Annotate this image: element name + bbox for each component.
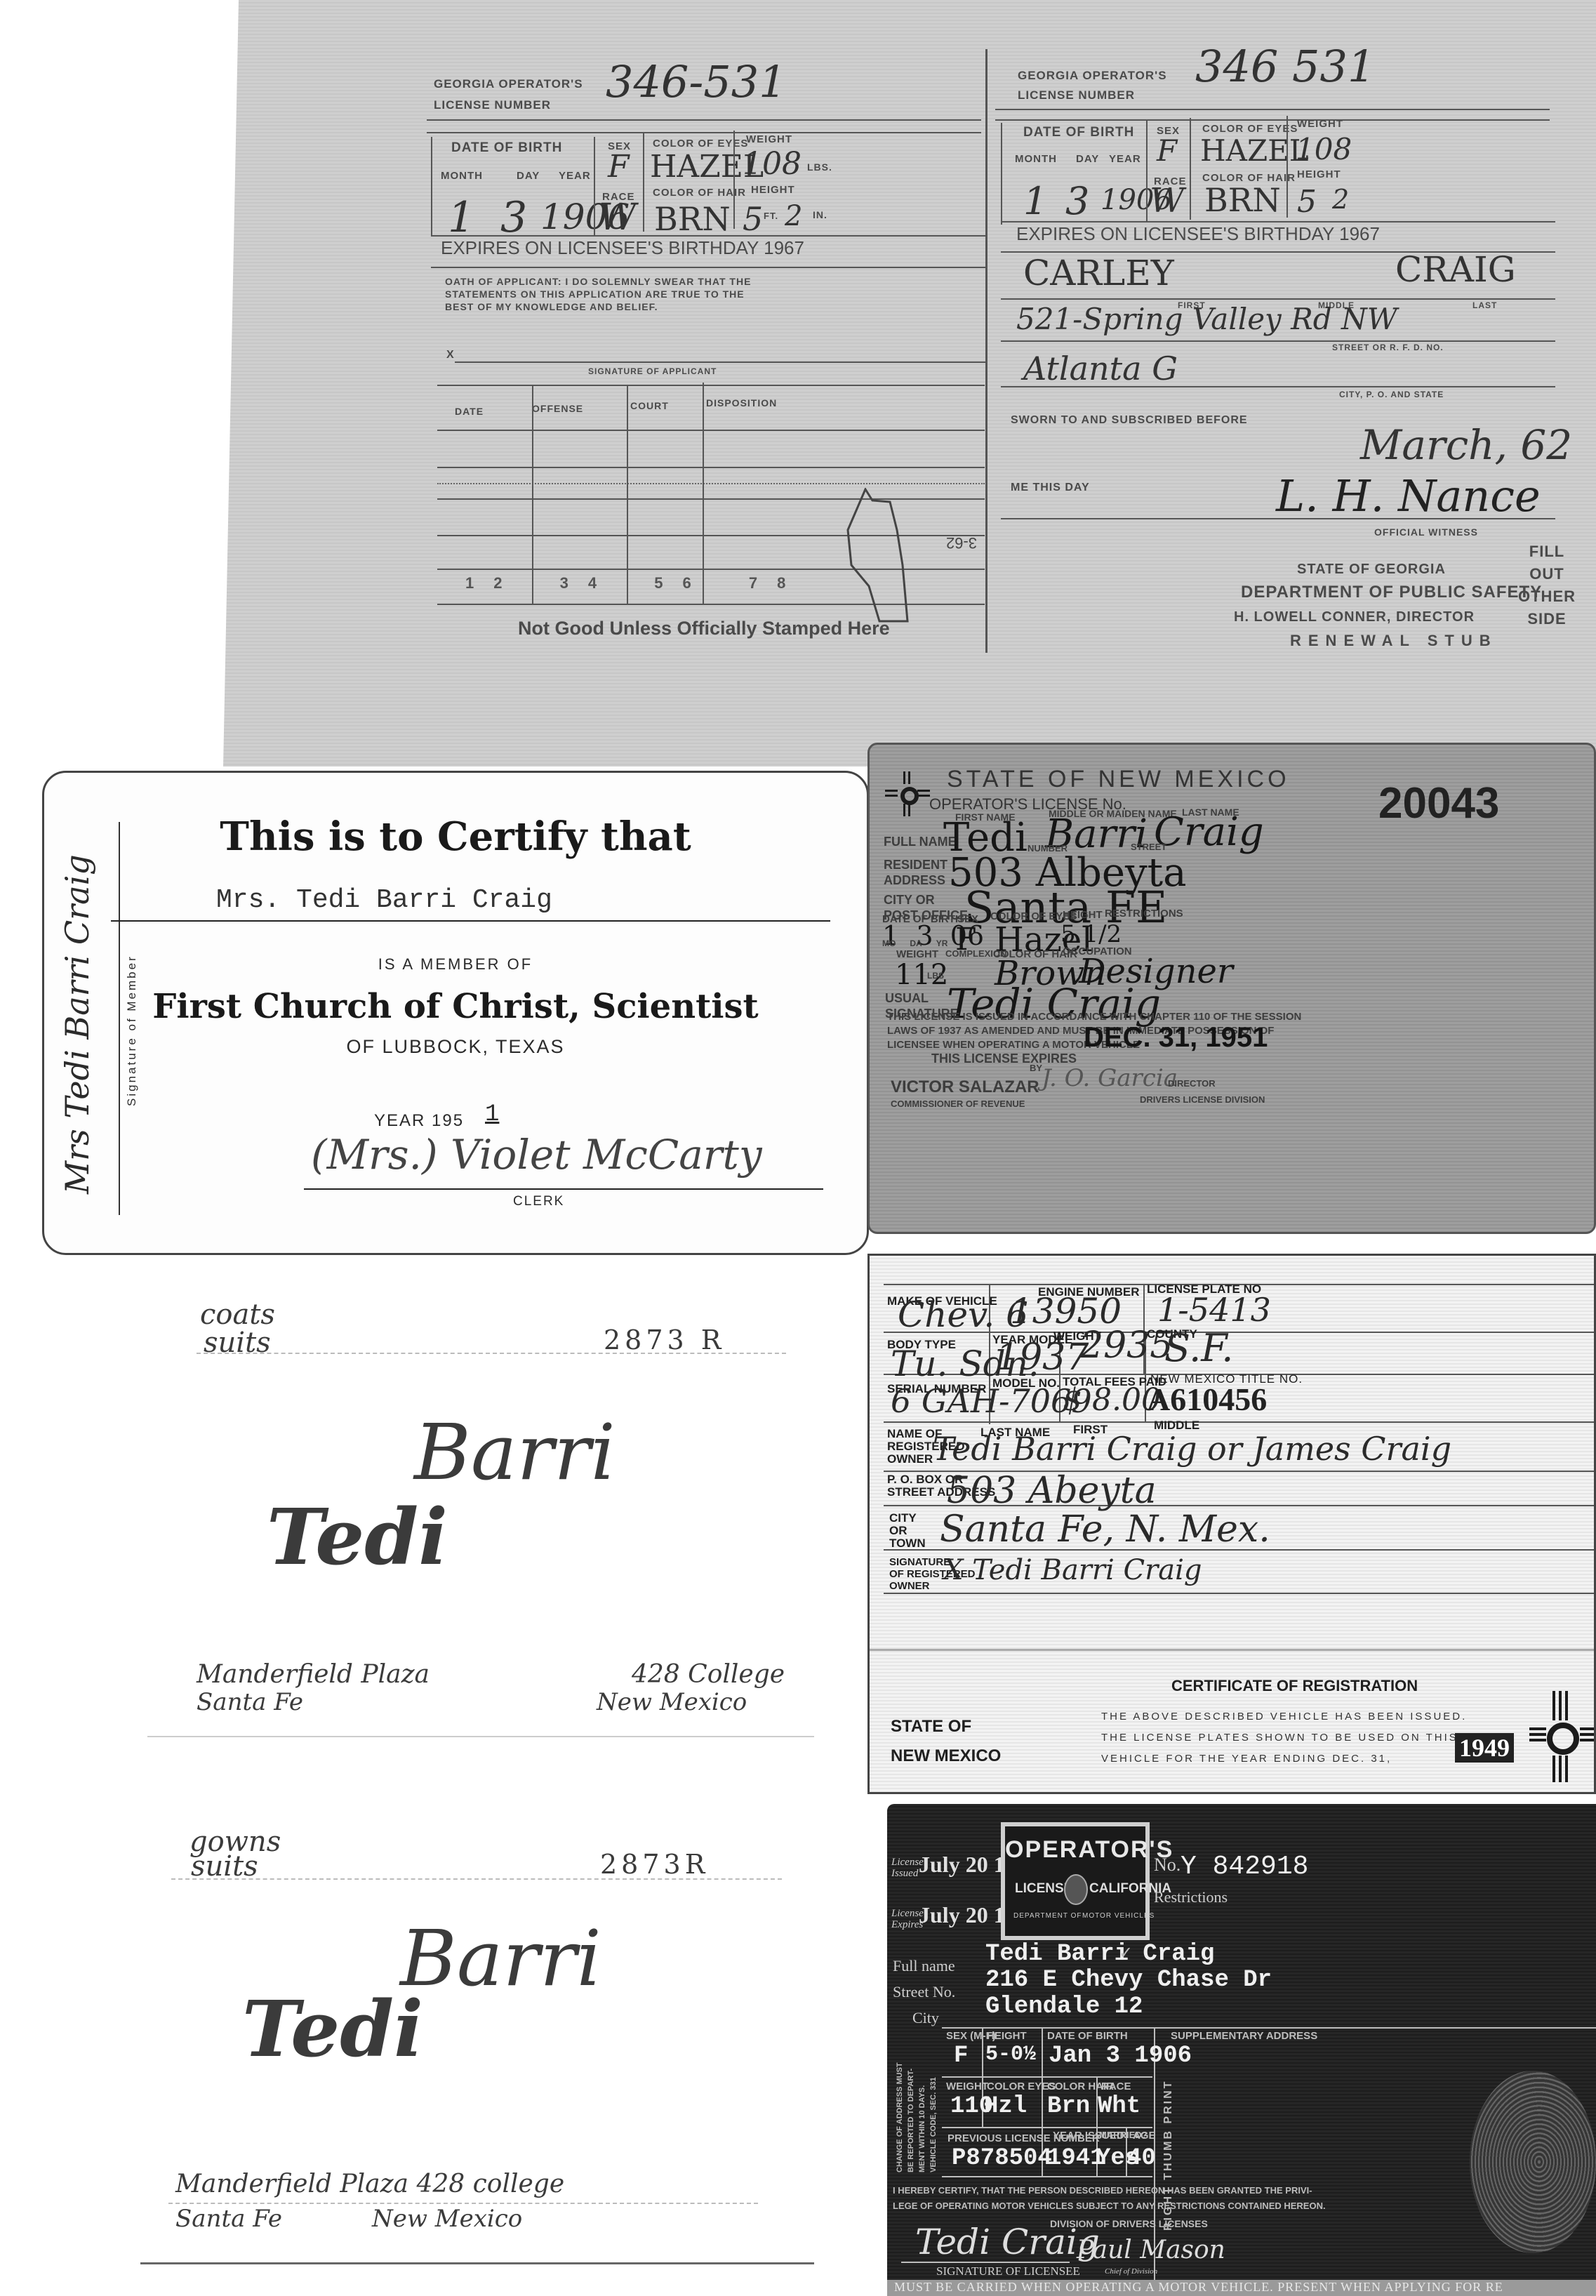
ga-height-ft: 5: [743, 200, 763, 238]
california-operators-license: License Issued July 20 1946 License Expi…: [887, 1804, 1596, 2296]
ga-stub-day: 3: [1065, 179, 1089, 223]
tag-address-right-1: 428 College: [632, 1660, 785, 1689]
ga-stub-header-1: Georgia Operator's: [1018, 69, 1167, 83]
church-clerk-signature: (Mrs.) Violet McCarty: [311, 1131, 762, 1179]
ca-race: Wht: [1098, 2093, 1141, 2120]
ca-dob: Jan 3 1906: [1049, 2043, 1192, 2069]
ga-stub-header-2: License Number: [1018, 88, 1135, 102]
ca-badge-title: OPERATOR'S: [1005, 1836, 1145, 1864]
church-clerk-label: CLERK: [513, 1194, 564, 1209]
reg-signature: X Tedi Barri Craig: [943, 1554, 1202, 1586]
ga-stub-street: 521-Spring Valley Rd NW: [1016, 302, 1397, 336]
ga-signature-x: X: [446, 349, 455, 361]
ga-height-in: 2: [785, 200, 802, 232]
nm-lbs: Lbs: [927, 971, 944, 981]
ca-city-label: City: [912, 2009, 939, 2027]
nm-expires-stamp: DEC. 31, 1951: [1084, 1022, 1268, 1054]
church-title: This is to Certify that: [44, 814, 867, 860]
ga-punch-numbers: 12 34 56 78: [465, 574, 805, 592]
ga-year-label: Year: [559, 170, 591, 182]
tag-code: 2873R: [600, 1849, 709, 1880]
ga-height-label: Height: [751, 184, 795, 196]
ca-certify-text: I HEREBY CERTIFY, THAT THE PERSON DESCRI…: [893, 2183, 1326, 2214]
nm-commissioner-title: Commissioner of Revenue: [891, 1099, 1025, 1109]
tag-address-right-2: New Mexico: [372, 2205, 522, 2233]
ga-stub-weight-label: Weight: [1297, 118, 1343, 130]
nm-director-signature: J. O. Garcia: [1042, 1064, 1178, 1092]
ca-hair: Brn: [1047, 2093, 1090, 2120]
ca-city: Glendale 12: [985, 1993, 1143, 2020]
reg-cert-text: THE ABOVE DESCRIBED VEHICLE HAS BEEN ISS…: [1101, 1706, 1467, 1770]
reg-fees: $ 8.00: [1063, 1382, 1161, 1418]
new-mexico-vehicle-registration: Make of Vehicle Chev. 6 Engine Number 13…: [867, 1254, 1596, 1794]
church-is-member: IS A MEMBER OF: [44, 955, 867, 974]
ga-col-date: Date: [455, 406, 484, 417]
ga-stub-witness-signature: L. H. Nance: [1276, 470, 1541, 522]
nm-last-name: Craig: [1154, 809, 1264, 855]
tag-address-line-1: Manderfield Plaza 428 college: [175, 2170, 564, 2198]
church-membership-card: Mrs Tedi Barri Craig Signature of Member…: [42, 771, 869, 1255]
new-mexico-operators-license: STATE OF NEW MEXICO OPERATOR'S LICENSE N…: [867, 743, 1596, 1234]
ga-expires: EXPIRES ON LICENSEE'S BIRTHDAY 1967: [441, 237, 804, 259]
ga-sex: F: [608, 149, 630, 185]
ga-hair-label: Color of Hair: [653, 187, 746, 199]
ga-stub-dob-label: Date of Birth: [1023, 125, 1134, 140]
reg-city-label: CityorTown: [889, 1512, 926, 1550]
ga-stub-first-name: CARLEY: [1023, 253, 1174, 293]
nm-height-label: Height: [1063, 909, 1103, 921]
church-member-name: Mrs. Tedi Barri Craig: [216, 885, 552, 915]
ca-expires-label: License Expires: [891, 1908, 919, 1930]
church-year-label: YEAR 195: [374, 1111, 464, 1131]
ga-weight: 108: [743, 146, 802, 182]
ga-ft: Ft.: [764, 211, 778, 221]
ca-eyes-label: Color Eyes: [987, 2081, 1056, 2092]
ca-race-label: Race: [1101, 2081, 1131, 2092]
ga-footer: Not Good Unless Officially Stamped Here: [518, 618, 890, 639]
nm-director-label: Director: [1168, 1078, 1216, 1089]
ca-signature-label: SIGNATURE OF LICENSEE: [936, 2264, 1080, 2278]
tag-code: 2873 R: [604, 1325, 725, 1355]
reg-city: Santa Fe, N. Mex.: [940, 1508, 1270, 1551]
reg-plate: 1-5413: [1157, 1291, 1271, 1329]
ca-number-prefix: No.: [1154, 1854, 1181, 1876]
tag-line2: suits: [204, 1327, 271, 1359]
ca-dob-label: Date of Birth: [1047, 2030, 1128, 2042]
nm-height: 5 1/2: [1060, 920, 1122, 948]
georgia-license: Georgia Operator's License Number 346-53…: [223, 0, 1596, 767]
thumbprint-icon: [1470, 2071, 1596, 2253]
ca-badge-bottom-left: DEPARTMENT OF: [1013, 1912, 1082, 1920]
church-name: First Church of Christ, Scientist: [44, 987, 867, 1026]
nm-division: Drivers License Division: [1140, 1094, 1265, 1105]
ga-stub-race: W: [1150, 181, 1184, 220]
tag-signature-first: Tedi: [242, 1984, 423, 2074]
ga-oath: OATH OF APPLICANT: I DO SOLEMNLY SWEAR T…: [445, 275, 751, 313]
ga-stub-weight: 108: [1296, 132, 1352, 166]
nm-by: BY: [1030, 1063, 1042, 1073]
ga-stub-city-label: City, P. O. and State: [1339, 390, 1444, 399]
ga-stub-height-ft: 5: [1297, 184, 1317, 220]
ca-full-name-label: Full name: [893, 1957, 955, 1975]
ga-stub-expires: EXPIRES ON LICENSEE'S BIRTHDAY 1967: [1016, 223, 1380, 245]
ca-age: 40: [1127, 2145, 1156, 2172]
ca-weight-label: Weight: [946, 2081, 988, 2092]
nm-dob-sublabels: Mo Da Yr: [882, 938, 947, 948]
ga-day-label: Day: [517, 170, 540, 182]
reg-make: Chev. 6: [898, 1294, 1028, 1335]
ca-license-number: Y 842918: [1181, 1852, 1308, 1882]
ca-sex: F: [954, 2043, 968, 2069]
ga-stub-month: 1: [1023, 179, 1047, 223]
ga-stub-state: State of Georgia: [1297, 562, 1446, 578]
ga-stub-department: Department of Public Safety: [1241, 583, 1542, 602]
ca-footer-band: MUST BE CARRIED WHEN OPERATING A MOTOR V…: [887, 2280, 1596, 2296]
ga-stub-hair: BRN: [1204, 181, 1281, 219]
ga-race: W: [599, 197, 636, 239]
checkmark-icon: ✓: [1119, 1943, 1133, 1963]
reg-title-number: A610456: [1147, 1381, 1267, 1418]
ca-chief-signature: Paul Mason: [1077, 2236, 1225, 2264]
ga-stamp-date: 3-62: [946, 533, 977, 552]
tag-signature-second: Barri: [414, 1407, 616, 1497]
ga-stub-eyes: HAZEL: [1200, 133, 1309, 168]
ga-col-disposition: Disposition: [706, 397, 777, 409]
ca-supplementary-label: Supplementary Address: [1171, 2030, 1317, 2042]
nm-state-title: STATE OF NEW MEXICO: [947, 766, 1290, 793]
reg-address: 503 Abeyta: [947, 1470, 1157, 1512]
ga-stub-witness-label: Official Witness: [1374, 526, 1478, 538]
tag-address-left-2: Santa Fe: [175, 2205, 282, 2233]
ga-stub-street-label: Street or R. F. D. No.: [1332, 343, 1444, 352]
ga-stub-handwritten-date: March, 62: [1360, 421, 1572, 469]
ga-col-offense: Offense: [532, 403, 583, 414]
nm-address-label: ResidentAddress: [884, 857, 947, 888]
ga-stub-me-this-day: Me This Day: [1011, 482, 1090, 494]
ca-badge: OPERATOR'S LICENSE CALIFORNIA DEPARTMENT…: [1001, 1822, 1150, 1940]
ga-col-court: Court: [630, 400, 669, 411]
ca-issued-label: License Issued: [891, 1857, 919, 1879]
reg-serial: 6 GAH-7069: [891, 1382, 1092, 1420]
ga-stub-city: Atlanta G: [1023, 350, 1178, 387]
reg-owner: Tedi Barri Craig or James Craig: [933, 1430, 1451, 1468]
church-year-digit: 1: [485, 1101, 499, 1128]
ga-month-label: Month: [441, 170, 483, 182]
ga-stub-sex: F: [1157, 133, 1177, 168]
ca-thumb-label: RIGHT THUMB PRINT: [1162, 2080, 1175, 2231]
tag-address-right-2: New Mexico: [597, 1688, 747, 1716]
ca-name: Tedi Barri Craig: [985, 1941, 1214, 1967]
ga-stub-sworn: Sworn to and Subscribed Before: [1011, 414, 1248, 427]
ca-eyes: Hzl: [984, 2093, 1027, 2120]
ga-weight-label: Weight: [746, 133, 792, 145]
ga-stub-day-label: Day: [1076, 153, 1099, 165]
ca-street: 216 E Chevy Chase Dr: [985, 1967, 1272, 1993]
ga-dob-label: Date of Birth: [451, 140, 562, 156]
california-seal-icon: [1064, 1874, 1088, 1905]
ga-signature-label: Signature of Applicant: [588, 366, 717, 376]
reg-model-label: Model No.: [992, 1376, 1060, 1391]
label-tag-coats: coats suits 2873 R Tedi Barri Manderfiel…: [147, 1288, 814, 1737]
tag-signature-second: Barri: [400, 1913, 601, 2003]
ca-signature: Tedi Craig: [915, 2222, 1100, 2262]
zia-sun-symbol-icon: [1529, 1691, 1596, 1782]
ca-prev-number: P878504: [952, 2145, 1052, 2172]
ga-stub-height-label: Height: [1297, 168, 1341, 180]
ca-footer: MUST BE CARRIED WHEN OPERATING A MOTOR V…: [894, 2280, 1503, 2295]
ga-hair: BRN: [654, 200, 731, 238]
label-tag-gowns: gowns suits 2873R Tedi Barri Manderfield…: [140, 1801, 814, 2264]
ga-header-1: Georgia Operator's: [434, 77, 583, 91]
ga-lbs: Lbs.: [807, 161, 832, 173]
reg-state: STATE OFNEW MEXICO: [891, 1712, 1001, 1771]
ga-stub-last-label: Last: [1472, 300, 1497, 310]
church-location: OF LUBBOCK, TEXAS: [44, 1036, 867, 1058]
ga-header-2: License Number: [434, 98, 551, 112]
georgia-state-outline-icon: [841, 488, 918, 628]
reg-cert-title: CERTIFICATE OF REGISTRATION: [1171, 1677, 1418, 1695]
ca-height: 5-0½: [985, 2043, 1036, 2066]
ga-stub-month-label: Month: [1015, 153, 1057, 165]
ga-stub-license-number: 346 531: [1195, 41, 1375, 92]
ca-restrictions-label: Restrictions: [1154, 1888, 1228, 1906]
ca-age-label: Age: [1133, 2130, 1156, 2142]
ga-stub-height-in: 2: [1332, 184, 1349, 215]
tag-address-left-2: Santa Fe: [197, 1688, 303, 1716]
reg-cert-year: 1949: [1455, 1733, 1514, 1763]
ga-license-number: 346-531: [606, 56, 787, 107]
ca-badge-bottom-right: MOTOR VEHICLES: [1082, 1912, 1155, 1920]
ca-side-notice: CHANGE OF ADDRESS MUST BE REPORTED TO DE…: [894, 2062, 939, 2172]
ca-street-label: Street No.: [893, 1983, 955, 2001]
ga-stub-fill-out: Fill Out Other Side: [1518, 540, 1576, 630]
nm-restrictions-label: Restrictions: [1105, 908, 1183, 920]
nm-commissioner: VICTOR SALAZAR: [891, 1077, 1039, 1097]
ga-stub-last-name: CRAIG: [1395, 249, 1516, 290]
tag-signature-first: Tedi: [267, 1492, 448, 1582]
ga-stub-director: H. Lowell Conner, Director: [1234, 609, 1475, 625]
tag-address-left-1: Manderfield Plaza: [197, 1660, 430, 1689]
nm-license-number: 20043: [1378, 778, 1499, 828]
zia-sun-symbol-icon: [885, 771, 934, 821]
ga-stub-year-label: Year: [1109, 153, 1141, 165]
reg-county: S.F.: [1164, 1326, 1233, 1370]
ga-stub-renewal: Renewal Stub: [1290, 632, 1498, 650]
ca-height-label: Height: [987, 2030, 1027, 2042]
church-side-label: Signature of Member: [125, 955, 139, 1106]
ga-in: In.: [813, 209, 827, 220]
ca-chief-label: Chief of Division: [1105, 2267, 1157, 2276]
